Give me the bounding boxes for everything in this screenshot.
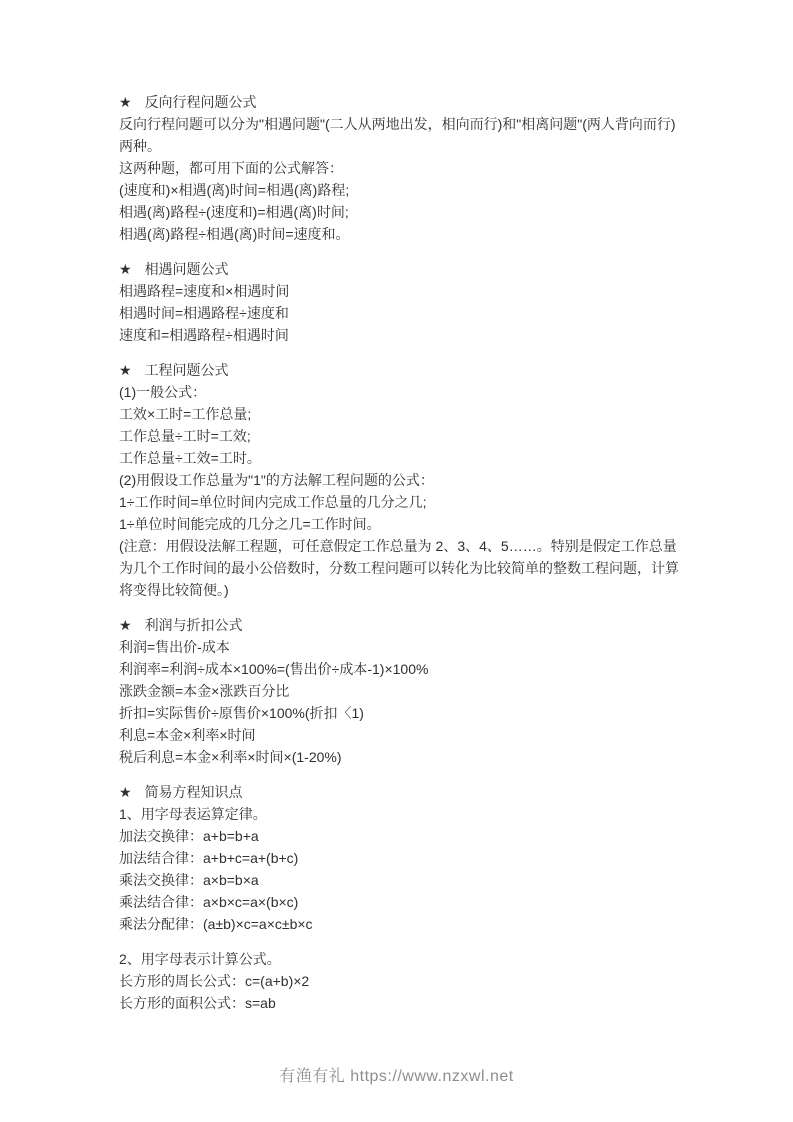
section: ★反向行程问题公式反向行程问题可以分为"相遇问题"(二人从两地出发，相向而行)和… — [119, 91, 699, 245]
star-icon: ★ — [119, 258, 132, 280]
section-heading: ★利润与折扣公式 — [119, 614, 699, 636]
text-line: 两种。 — [119, 135, 699, 157]
text-line: 长方形的周长公式：c=(a+b)×2 — [119, 970, 699, 992]
section: ★工程问题公式(1)一般公式：工效×工时=工作总量;工作总量÷工时=工效;工作总… — [119, 359, 699, 601]
text-line: 加法结合律：a+b+c=a+(b+c) — [119, 847, 699, 869]
section: 2、用字母表示计算公式。长方形的周长公式：c=(a+b)×2长方形的面积公式：s… — [119, 948, 699, 1014]
text-line: 税后利息=本金×利率×时间×(1-20%) — [119, 746, 699, 768]
section-title: 利润与折扣公式 — [145, 617, 243, 633]
text-line: 利润=售出价-成本 — [119, 636, 699, 658]
text-line: 1÷单位时间能完成的几分之几=工作时间。 — [119, 513, 699, 535]
section-title: 工程问题公式 — [145, 362, 229, 378]
text-line: 1、用字母表运算定律。 — [119, 803, 699, 825]
section: ★利润与折扣公式利润=售出价-成本利润率=利润÷成本×100%=(售出价÷成本-… — [119, 614, 699, 768]
section-heading: ★反向行程问题公式 — [119, 91, 699, 113]
text-line: 加法交换律：a+b=b+a — [119, 825, 699, 847]
section: ★相遇问题公式相遇路程=速度和×相遇时间相遇时间=相遇路程÷速度和速度和=相遇路… — [119, 258, 699, 346]
page-footer: 有渔有礼 https://www.nzxwl.net — [0, 1063, 793, 1086]
text-line: 涨跌金额=本金×涨跌百分比 — [119, 680, 699, 702]
text-line: 折扣=实际售价÷原售价×100%(折扣〈1) — [119, 702, 699, 724]
section: ★简易方程知识点1、用字母表运算定律。加法交换律：a+b=b+a加法结合律：a+… — [119, 781, 699, 935]
star-icon: ★ — [119, 614, 132, 636]
text-line: 乘法交换律：a×b=b×a — [119, 869, 699, 891]
text-line: 2、用字母表示计算公式。 — [119, 948, 699, 970]
text-line: 乘法结合律：a×b×c=a×(b×c) — [119, 891, 699, 913]
text-line: 1÷工作时间=单位时间内完成工作总量的几分之几; — [119, 491, 699, 513]
text-line: 这两种题，都可用下面的公式解答： — [119, 157, 699, 179]
section-title: 反向行程问题公式 — [145, 94, 257, 110]
star-icon: ★ — [119, 91, 132, 113]
text-line: 相遇(离)路程÷(速度和)=相遇(离)时间; — [119, 201, 699, 223]
star-icon: ★ — [119, 359, 132, 381]
text-line: 将变得比较简便。) — [119, 579, 699, 601]
document-page: ★反向行程问题公式反向行程问题可以分为"相遇问题"(二人从两地出发，相向而行)和… — [0, 0, 793, 1122]
text-line: (1)一般公式： — [119, 381, 699, 403]
text-line: 工作总量÷工效=工时。 — [119, 447, 699, 469]
footer-watermark-text: 有渔有礼 https://www.nzxwl.net — [279, 1068, 513, 1085]
text-line: 利润率=利润÷成本×100%=(售出价÷成本-1)×100% — [119, 658, 699, 680]
text-line: 乘法分配律：(a±b)×c=a×c±b×c — [119, 913, 699, 935]
text-line: 速度和=相遇路程÷相遇时间 — [119, 324, 699, 346]
text-line: 长方形的面积公式：s=ab — [119, 992, 699, 1014]
text-line: 为几个工作时间的最小公倍数时，分数工程问题可以转化为比较简单的整数工程问题，计算 — [119, 557, 699, 579]
text-line: 工作总量÷工时=工效; — [119, 425, 699, 447]
text-line: 反向行程问题可以分为"相遇问题"(二人从两地出发，相向而行)和"相离问题"(两人… — [119, 113, 699, 135]
text-line: (速度和)×相遇(离)时间=相遇(离)路程; — [119, 179, 699, 201]
text-line: 利息=本金×利率×时间 — [119, 724, 699, 746]
section-title: 相遇问题公式 — [145, 261, 229, 277]
text-line: 相遇时间=相遇路程÷速度和 — [119, 302, 699, 324]
section-heading: ★工程问题公式 — [119, 359, 699, 381]
text-line: (2)用假设工作总量为"1"的方法解工程问题的公式： — [119, 469, 699, 491]
text-line: 相遇(离)路程÷相遇(离)时间=速度和。 — [119, 223, 699, 245]
text-line: (注意：用假设法解工程题，可任意假定工作总量为 2、3、4、5……。特别是假定工… — [119, 535, 699, 557]
section-title: 简易方程知识点 — [145, 784, 243, 800]
document-body: ★反向行程问题公式反向行程问题可以分为"相遇问题"(二人从两地出发，相向而行)和… — [119, 91, 699, 1027]
star-icon: ★ — [119, 781, 132, 803]
section-heading: ★简易方程知识点 — [119, 781, 699, 803]
text-line: 相遇路程=速度和×相遇时间 — [119, 280, 699, 302]
text-line: 工效×工时=工作总量; — [119, 403, 699, 425]
section-heading: ★相遇问题公式 — [119, 258, 699, 280]
